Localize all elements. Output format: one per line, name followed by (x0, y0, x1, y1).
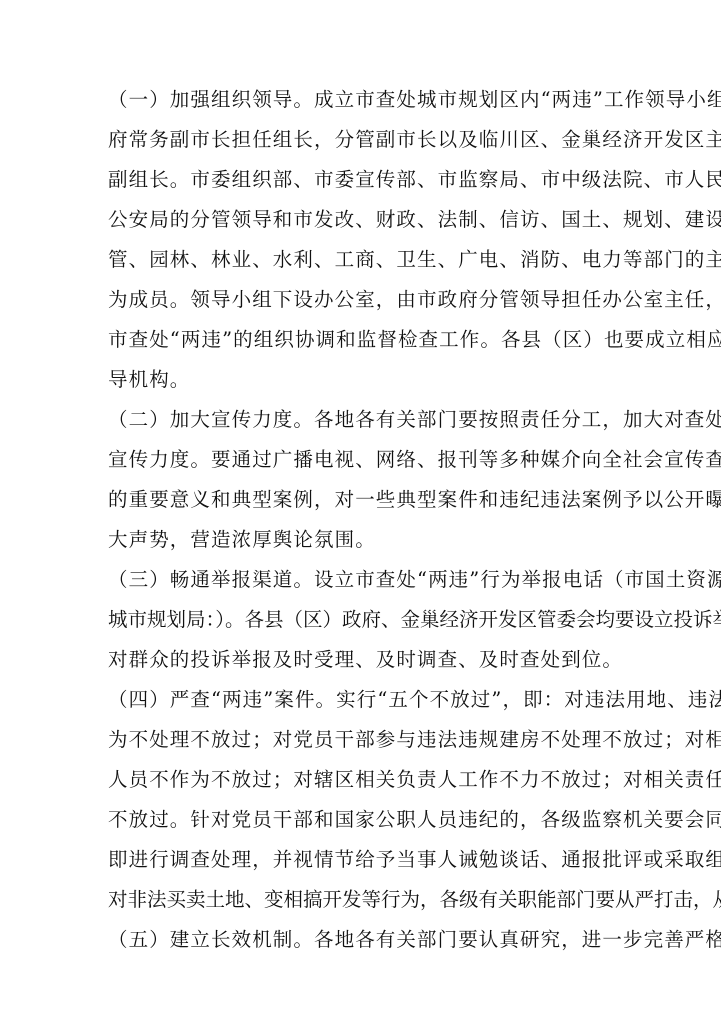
paragraph-section-5: （五）建立长效机制。各地各有关部门要认真研究，进一步完善严格执法和加强 (108, 920, 614, 960)
text-line: 为不处理不放过；对党员干部参与违法违规建房不处理不放过；对相关执法监管 (108, 720, 614, 760)
document-page: （一）加强组织领导。成立市查处城市规划区内“两违”工作领导小组，由市政 府常务副… (0, 0, 721, 1020)
text-line: （二）加大宣传力度。各地各有关部门要按照责任分工，加大对查处“两违”的 (108, 400, 614, 440)
text-line: 城市规划局：）。各县（区）政府、金巢经济开发区管委会均要设立投诉举报电话， (108, 600, 614, 640)
text-line: 府常务副市长担任组长，分管副市长以及临川区、金巢经济开发区主要领导担任 (108, 120, 614, 160)
document-body: （一）加强组织领导。成立市查处城市规划区内“两违”工作领导小组，由市政 府常务副… (108, 80, 614, 960)
text-line: 大声势，营造浓厚舆论氛围。 (108, 520, 614, 560)
text-line: 对非法买卖土地、变相搞开发等行为，各级有关职能部门要从严打击，从速处理。 (108, 880, 614, 920)
text-line: 不放过。针对党员干部和国家公职人员违纪的，各级监察机关要会同有关部门立 (108, 800, 614, 840)
text-line: （一）加强组织领导。成立市查处城市规划区内“两违”工作领导小组，由市政 (108, 80, 614, 120)
text-line: （四）严查“两违”案件。实行“五个不放过”，即：对违法用地、违法建设行 (108, 680, 614, 720)
text-line: 公安局的分管领导和市发改、财政、法制、信访、国土、规划、建设、城管、房 (108, 200, 614, 240)
text-line: 人员不作为不放过；对辖区相关负责人工作不力不放过；对相关责任单位不履职 (108, 760, 614, 800)
text-line: 宣传力度。要通过广播电视、网络、报刊等多种媒介向全社会宣传查处“两违” (108, 440, 614, 480)
text-line: 对群众的投诉举报及时受理、及时调查、及时查处到位。 (108, 640, 614, 680)
text-line: （五）建立长效机制。各地各有关部门要认真研究，进一步完善严格执法和加强 (108, 920, 614, 960)
text-line: 副组长。市委组织部、市委宣传部、市监察局、市中级法院、市人民检察院、市 (108, 160, 614, 200)
text-line: （三）畅通举报渠道。设立市查处“两违”行为举报电话（市国土资源局：，市 (108, 560, 614, 600)
text-line: 的重要意义和典型案例，对一些典型案件和违纪违法案例予以公开曝光，形成强 (108, 480, 614, 520)
paragraph-section-1: （一）加强组织领导。成立市查处城市规划区内“两违”工作领导小组，由市政 府常务副… (108, 80, 614, 400)
text-line: 即进行调查处理，并视情节给予当事人诫勉谈话、通报批评或采取组织措施。针 (108, 840, 614, 880)
text-line: 市查处“两违”的组织协调和监督检查工作。各县（区）也要成立相应的组织领 (108, 320, 614, 360)
text-line: 导机构。 (108, 360, 614, 400)
paragraph-section-4: （四）严查“两违”案件。实行“五个不放过”，即：对违法用地、违法建设行 为不处理… (108, 680, 614, 920)
text-line: 管、园林、林业、水利、工商、卫生、广电、消防、电力等部门的主要负责同志 (108, 240, 614, 280)
text-line: 为成员。领导小组下设办公室，由市政府分管领导担任办公室主任，具体负责全 (108, 280, 614, 320)
paragraph-section-3: （三）畅通举报渠道。设立市查处“两违”行为举报电话（市国土资源局：，市 城市规划… (108, 560, 614, 680)
paragraph-section-2: （二）加大宣传力度。各地各有关部门要按照责任分工，加大对查处“两违”的 宣传力度… (108, 400, 614, 560)
